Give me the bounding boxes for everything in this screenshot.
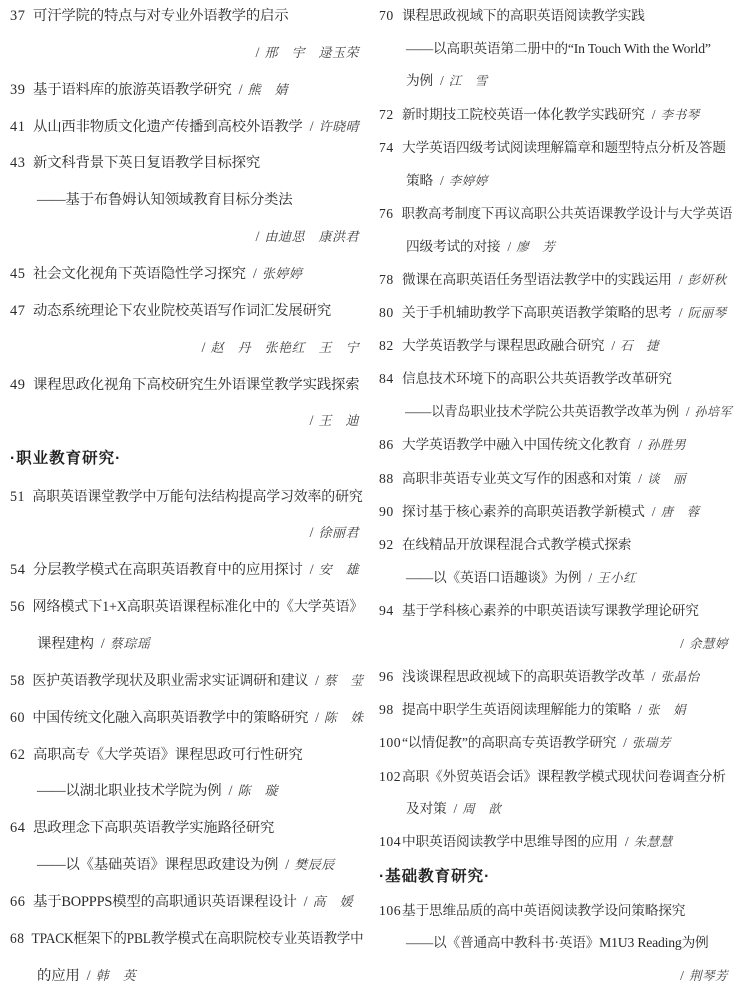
toc-entry: 98提高中职学生英语阅读理解能力的策略/张 娟 bbox=[379, 701, 732, 719]
article-title: 基于思维品质的高中英语阅读教学设问策略探究 bbox=[402, 902, 685, 919]
toc-entry: 76职教高考制度下再议高职公共英语课教学设计与大学英语 bbox=[379, 205, 725, 222]
article-title: 微课在高职英语任务型语法教学中的实践运用 bbox=[402, 271, 672, 288]
page-number: 54 bbox=[10, 561, 33, 579]
toc-entry: 74大学英语四级考试阅读理解篇章和题型特点分析及答题 bbox=[379, 139, 732, 156]
toc-entry: 58医护英语教学现状及职业需求实证调研和建议/蔡 莹 bbox=[10, 672, 353, 690]
author-separator: / bbox=[310, 561, 314, 579]
article-title: 课程思政视域下的高职英语阅读教学实践 bbox=[402, 7, 645, 24]
article-title: 探讨基于核心素养的高职英语教学新模式 bbox=[402, 503, 645, 520]
toc-entry: 54分层教学模式在高职英语教育中的应用探讨/安 雄 bbox=[10, 561, 363, 579]
toc-entry: 56网络模式下1+X高职英语课程标准化中的《大学英语》 bbox=[10, 598, 356, 616]
article-title: 中国传统文化融入高职英语教学中的策略研究 bbox=[32, 709, 308, 727]
author-name: 余慧婷 bbox=[689, 637, 728, 653]
toc-entry: 94基于学科核心素养的中职英语读写课教学理论研究 bbox=[379, 602, 732, 619]
author-line: /赵 丹 张艳红 王 宁 bbox=[10, 339, 363, 357]
author-separator: / bbox=[652, 668, 656, 685]
author-name: 王小红 bbox=[597, 571, 636, 587]
toc-entry: 60中国传统文化融入高职英语教学中的策略研究/陈 姝 bbox=[10, 709, 353, 727]
toc-entry: 106基于思维品质的高中英语阅读教学设问策略探究 bbox=[379, 902, 732, 919]
author-name: 张 娟 bbox=[647, 703, 686, 719]
article-title: 新时期技工院校英语一体化教学实践研究 bbox=[402, 106, 645, 123]
author-name: 李婷婷 bbox=[449, 174, 488, 190]
page-number: 49 bbox=[10, 376, 33, 394]
toc-entry: 80关于手机辅助教学下高职英语教学策略的思考/阮丽琴 bbox=[379, 304, 732, 322]
article-title: 提高中职学生英语阅读理解能力的策略 bbox=[402, 701, 631, 718]
author-separator: / bbox=[679, 271, 683, 288]
author-separator: / bbox=[201, 339, 205, 357]
author-name: 樊辰辰 bbox=[294, 857, 335, 873]
author-separator: / bbox=[588, 569, 592, 586]
article-title: 浅谈课程思政视域下的高职英语教学改革 bbox=[402, 668, 645, 685]
article-title: ——基于布鲁姆认知领域教育目标分类法 bbox=[37, 191, 292, 209]
author-name: 安 雄 bbox=[319, 562, 360, 578]
toc-entry: 66基于BOPPPS模型的高职通识英语课程设计/高 媛 bbox=[10, 893, 363, 911]
author-name: 蔡 莹 bbox=[324, 673, 363, 689]
article-title: 高职非英语专业英文写作的困惑和对策 bbox=[402, 470, 631, 487]
toc-entry: 78微课在高职英语任务型语法教学中的实践运用/彭妍秋 bbox=[379, 271, 732, 289]
author-name: 陈 姝 bbox=[324, 710, 363, 726]
page-number: 76 bbox=[379, 205, 402, 222]
page-number: 88 bbox=[379, 470, 402, 487]
article-title: 分层教学模式在高职英语教育中的应用探讨 bbox=[33, 561, 303, 579]
author-separator: / bbox=[285, 856, 289, 874]
page-number: 58 bbox=[10, 672, 32, 690]
toc-entry: 102高职《外贸英语会话》课程教学模式现状问卷调查分析 bbox=[379, 768, 732, 785]
author-name: 江 雪 bbox=[449, 74, 488, 90]
article-title: ——以湖北职业技术学院为例 bbox=[37, 782, 221, 800]
article-title: ——以高职英语第二册中的“In Touch With the World” bbox=[406, 40, 711, 57]
article-title: 基于BOPPPS模型的高职通识英语课程设计 bbox=[33, 893, 297, 911]
author-separator: / bbox=[625, 833, 629, 850]
author-name: 由迪思 康洪君 bbox=[264, 229, 359, 245]
page-number: 78 bbox=[379, 271, 402, 288]
page-number: 39 bbox=[10, 81, 33, 99]
author-separator: / bbox=[255, 44, 259, 62]
page-number: 37 bbox=[10, 7, 33, 25]
toc-continuation: 四级考试的对接/廖 芳 bbox=[379, 238, 732, 256]
article-title: 大学英语教学与课程思政融合研究 bbox=[402, 337, 604, 354]
page-number: 96 bbox=[379, 668, 402, 685]
page-number: 47 bbox=[10, 302, 33, 320]
author-separator: / bbox=[507, 238, 511, 255]
author-line: /徐丽君 bbox=[10, 524, 363, 542]
article-title: 高职英语课堂教学中万能句法结构提高学习效率的研究 bbox=[32, 488, 362, 506]
section-heading: ·基础教育研究· bbox=[379, 867, 732, 886]
page-number: 56 bbox=[10, 598, 33, 616]
author-name: 韩 英 bbox=[96, 968, 137, 984]
page-number: 104 bbox=[379, 833, 402, 850]
article-title: 课程建构 bbox=[37, 635, 94, 653]
page-number: 90 bbox=[379, 503, 402, 520]
section-heading: ·职业教育研究· bbox=[10, 449, 363, 468]
article-title: 的应用 bbox=[37, 967, 80, 985]
article-title: 高职《外贸英语会话》课程教学模式现状问卷调查分析 bbox=[402, 768, 726, 785]
page-number: 70 bbox=[379, 7, 402, 24]
article-title: 中职英语阅读教学中思维导图的应用 bbox=[402, 833, 618, 850]
author-name: 陈 璇 bbox=[237, 783, 278, 799]
article-title: 四级考试的对接 bbox=[406, 238, 500, 255]
toc-entry: 88高职非英语专业英文写作的困惑和对策/谈 丽 bbox=[379, 470, 732, 488]
article-title: 及对策 bbox=[406, 800, 446, 817]
page-number: 64 bbox=[10, 819, 33, 837]
toc-continuation: 及对策/周 歆 bbox=[379, 800, 732, 818]
page-number: 41 bbox=[10, 118, 33, 136]
page-number: 60 bbox=[10, 709, 32, 727]
article-title: 基于语料库的旅游英语教学研究 bbox=[33, 81, 232, 99]
article-title: 关于手机辅助教学下高职英语教学策略的思考 bbox=[402, 304, 672, 321]
author-separator: / bbox=[440, 72, 444, 89]
article-title: 网络模式下1+X高职英语课程标准化中的《大学英语》 bbox=[33, 598, 364, 616]
page-number: 82 bbox=[379, 337, 402, 354]
author-name: 张婷婷 bbox=[262, 266, 303, 282]
author-name: 廖 芳 bbox=[516, 240, 555, 256]
author-separator: / bbox=[101, 635, 105, 653]
toc-entry: 47动态系统理论下农业院校英语写作词汇发展研究 bbox=[10, 302, 363, 320]
toc-entry: 49课程思政化视角下高校研究生外语课堂教学实践探索 bbox=[10, 376, 363, 394]
article-title: 在线精品开放课程混合式教学模式探索 bbox=[402, 536, 631, 553]
author-name: 赵 丹 张艳红 王 宁 bbox=[210, 340, 359, 356]
author-name: 朱慧慧 bbox=[634, 835, 673, 851]
author-name: 孙培军 bbox=[694, 405, 732, 421]
article-title: ——以青岛职业技术学院公共英语教学改革为例 bbox=[405, 403, 679, 420]
author-name: 孙胜男 bbox=[647, 438, 686, 454]
author-name: 邢 宇 逯玉荣 bbox=[264, 45, 359, 61]
toc-continuation: ——基于布鲁姆认知领域教育目标分类法 bbox=[10, 191, 363, 209]
page-number: 45 bbox=[10, 265, 33, 283]
author-separator: / bbox=[309, 524, 313, 542]
author-separator: / bbox=[686, 403, 690, 420]
page-number: 43 bbox=[10, 154, 33, 172]
page-number: 86 bbox=[379, 436, 402, 453]
article-title: 为例 bbox=[406, 72, 433, 89]
toc-column-right: 70课程思政视域下的高职英语阅读教学实践——以高职英语第二册中的“In Touc… bbox=[379, 7, 732, 985]
author-separator: / bbox=[652, 503, 656, 520]
toc-continuation: 的应用/韩 英 bbox=[10, 967, 363, 985]
article-title: 思政理念下高职英语教学实施路径研究 bbox=[33, 819, 274, 837]
article-title: 大学英语四级考试阅读理解篇章和题型特点分析及答题 bbox=[402, 139, 726, 156]
toc-entry: 100“以情促教”的高职高专英语教学研究/张瑞芳 bbox=[379, 734, 732, 752]
author-separator: / bbox=[255, 228, 259, 246]
author-name: 高 媛 bbox=[313, 894, 354, 910]
article-title: 课程思政化视角下高校研究生外语课堂教学实践探索 bbox=[33, 376, 359, 394]
author-separator: / bbox=[623, 734, 627, 751]
author-name: 彭妍秋 bbox=[688, 273, 727, 289]
author-separator: / bbox=[239, 81, 243, 99]
author-name: 谈 丽 bbox=[647, 472, 686, 488]
toc-entry: 90探讨基于核心素养的高职英语教学新模式/唐 蓉 bbox=[379, 503, 732, 521]
author-separator: / bbox=[253, 265, 257, 283]
author-line: /余慧婷 bbox=[379, 635, 732, 653]
toc-continuation: 课程建构/蔡琮瑶 bbox=[10, 635, 363, 653]
article-title: ——以《英语口语趣谈》为例 bbox=[406, 569, 581, 586]
author-name: 李书琴 bbox=[661, 108, 700, 124]
toc-continuation: ——以高职英语第二册中的“In Touch With the World” bbox=[379, 40, 732, 57]
toc-entry: 41从山西非物质文化遗产传播到高校外语教学/许晓晴 bbox=[10, 118, 363, 136]
author-name: 唐 蓉 bbox=[661, 505, 700, 521]
toc-entry: 92在线精品开放课程混合式教学模式探索 bbox=[379, 536, 732, 553]
author-name: 王 迪 bbox=[318, 413, 359, 429]
author-separator: / bbox=[315, 672, 319, 690]
toc-entry: 72新时期技工院校英语一体化教学实践研究/李书琴 bbox=[379, 106, 732, 124]
author-separator: / bbox=[309, 412, 313, 430]
toc-entry: 86大学英语教学中融入中国传统文化教育/孙胜男 bbox=[379, 436, 732, 454]
author-separator: / bbox=[228, 782, 232, 800]
author-name: 阮丽琴 bbox=[688, 306, 727, 322]
toc-page: 37可汗学院的特点与对专业外语教学的启示/邢 宇 逯玉荣39基于语料库的旅游英语… bbox=[0, 0, 740, 993]
author-separator: / bbox=[638, 701, 642, 718]
author-name: 张晶怡 bbox=[661, 670, 700, 686]
author-name: 荆琴芳 bbox=[689, 969, 728, 985]
section-heading-text: ·基础教育研究· bbox=[379, 867, 490, 886]
page-number: 106 bbox=[379, 902, 402, 919]
article-title: TPACK框架下的PBL教学模式在高职院校专业英语教学中 bbox=[32, 930, 364, 948]
article-title: 基于学科核心素养的中职英语读写课教学理论研究 bbox=[402, 602, 699, 619]
author-separator: / bbox=[680, 967, 684, 984]
toc-continuation: ——以《普通高中教科书·英语》M1U3 Reading为例 bbox=[379, 934, 732, 951]
toc-entry: 43新文科背景下英日复语教学目标探究 bbox=[10, 154, 363, 172]
author-line: /荆琴芳 bbox=[379, 967, 732, 985]
article-title: 高职高专《大学英语》课程思政可行性研究 bbox=[33, 746, 303, 764]
article-title: 从山西非物质文化遗产传播到高校外语教学 bbox=[33, 118, 303, 136]
page-number: 94 bbox=[379, 602, 402, 619]
author-separator: / bbox=[453, 800, 457, 817]
section-heading-text: ·职业教育研究· bbox=[10, 449, 121, 468]
article-title: 社会文化视角下英语隐性学习探究 bbox=[33, 265, 246, 283]
article-title: ——以《基础英语》课程思政建设为例 bbox=[37, 856, 278, 874]
page-number: 80 bbox=[379, 304, 402, 321]
author-separator: / bbox=[440, 172, 444, 189]
article-title: 大学英语教学中融入中国传统文化教育 bbox=[402, 436, 631, 453]
article-title: 新文科背景下英日复语教学目标探究 bbox=[33, 154, 260, 172]
toc-entry: 84信息技术环境下的高职公共英语教学改革研究 bbox=[379, 370, 732, 387]
author-separator: / bbox=[638, 470, 642, 487]
page-number: 62 bbox=[10, 746, 33, 764]
page-number: 72 bbox=[379, 106, 402, 123]
article-title: 可汗学院的特点与对专业外语教学的启示 bbox=[33, 7, 288, 25]
author-separator: / bbox=[679, 304, 683, 321]
author-name: 周 歆 bbox=[462, 802, 501, 818]
page-number: 92 bbox=[379, 536, 402, 553]
author-name: 许晓晴 bbox=[319, 119, 360, 135]
author-separator: / bbox=[638, 436, 642, 453]
author-name: 徐丽君 bbox=[318, 525, 359, 541]
author-separator: / bbox=[315, 709, 319, 727]
page-number: 68 bbox=[10, 930, 32, 948]
author-separator: / bbox=[310, 118, 314, 136]
toc-entry: 45社会文化视角下英语隐性学习探究/张婷婷 bbox=[10, 265, 363, 283]
toc-continuation: 为例/江 雪 bbox=[379, 72, 732, 90]
toc-continuation: ——以青岛职业技术学院公共英语教学改革为例/孙培军 bbox=[379, 403, 720, 421]
article-title: 医护英语教学现状及职业需求实证调研和建议 bbox=[32, 672, 308, 690]
toc-continuation: ——以《基础英语》课程思政建设为例/樊辰辰 bbox=[10, 856, 363, 874]
article-title: “以情促教”的高职高专英语教学研究 bbox=[402, 734, 616, 751]
page-number: 98 bbox=[379, 701, 402, 718]
page-number: 100 bbox=[379, 734, 402, 751]
toc-entry: 64思政理念下高职英语教学实施路径研究 bbox=[10, 819, 363, 837]
author-line: /由迪思 康洪君 bbox=[10, 228, 363, 246]
article-title: 动态系统理论下农业院校英语写作词汇发展研究 bbox=[33, 302, 331, 320]
page-number: 51 bbox=[10, 488, 32, 506]
toc-entry: 68TPACK框架下的PBL教学模式在高职院校专业英语教学中 bbox=[10, 930, 341, 948]
toc-continuation: ——以《英语口语趣谈》为例/王小红 bbox=[379, 569, 732, 587]
article-title: 信息技术环境下的高职公共英语教学改革研究 bbox=[402, 370, 672, 387]
author-separator: / bbox=[611, 337, 615, 354]
author-name: 蔡琮瑶 bbox=[110, 636, 151, 652]
toc-column-left: 37可汗学院的特点与对专业外语教学的启示/邢 宇 逯玉荣39基于语料库的旅游英语… bbox=[10, 7, 363, 985]
page-number: 74 bbox=[379, 139, 402, 156]
author-separator: / bbox=[680, 635, 684, 652]
author-separator: / bbox=[304, 893, 308, 911]
toc-entry: 104中职英语阅读教学中思维导图的应用/朱慧慧 bbox=[379, 833, 732, 851]
toc-entry: 37可汗学院的特点与对专业外语教学的启示 bbox=[10, 7, 363, 25]
toc-entry: 70课程思政视域下的高职英语阅读教学实践 bbox=[379, 7, 732, 24]
toc-entry: 39基于语料库的旅游英语教学研究/熊 婧 bbox=[10, 81, 363, 99]
toc-entry: 62高职高专《大学英语》课程思政可行性研究 bbox=[10, 746, 363, 764]
toc-continuation: 策略/李婷婷 bbox=[379, 172, 732, 190]
author-separator: / bbox=[87, 967, 91, 985]
author-name: 熊 婧 bbox=[248, 82, 289, 98]
article-title: ——以《普通高中教科书·英语》M1U3 Reading为例 bbox=[406, 934, 709, 951]
author-separator: / bbox=[652, 106, 656, 123]
toc-entry: 96浅谈课程思政视域下的高职英语教学改革/张晶怡 bbox=[379, 668, 732, 686]
author-line: /邢 宇 逯玉荣 bbox=[10, 44, 363, 62]
author-name: 石 捷 bbox=[620, 339, 659, 355]
article-title: 策略 bbox=[406, 172, 433, 189]
page-number: 102 bbox=[379, 768, 402, 785]
toc-entry: 82大学英语教学与课程思政融合研究/石 捷 bbox=[379, 337, 732, 355]
author-line: /王 迪 bbox=[10, 412, 363, 430]
page-number: 84 bbox=[379, 370, 402, 387]
toc-continuation: ——以湖北职业技术学院为例/陈 璇 bbox=[10, 782, 363, 800]
toc-entry: 51高职英语课堂教学中万能句法结构提高学习效率的研究 bbox=[10, 488, 352, 506]
article-title: 职教高考制度下再议高职公共英语课教学设计与大学英语 bbox=[402, 205, 733, 222]
author-name: 张瑞芳 bbox=[632, 736, 671, 752]
page-number: 66 bbox=[10, 893, 33, 911]
